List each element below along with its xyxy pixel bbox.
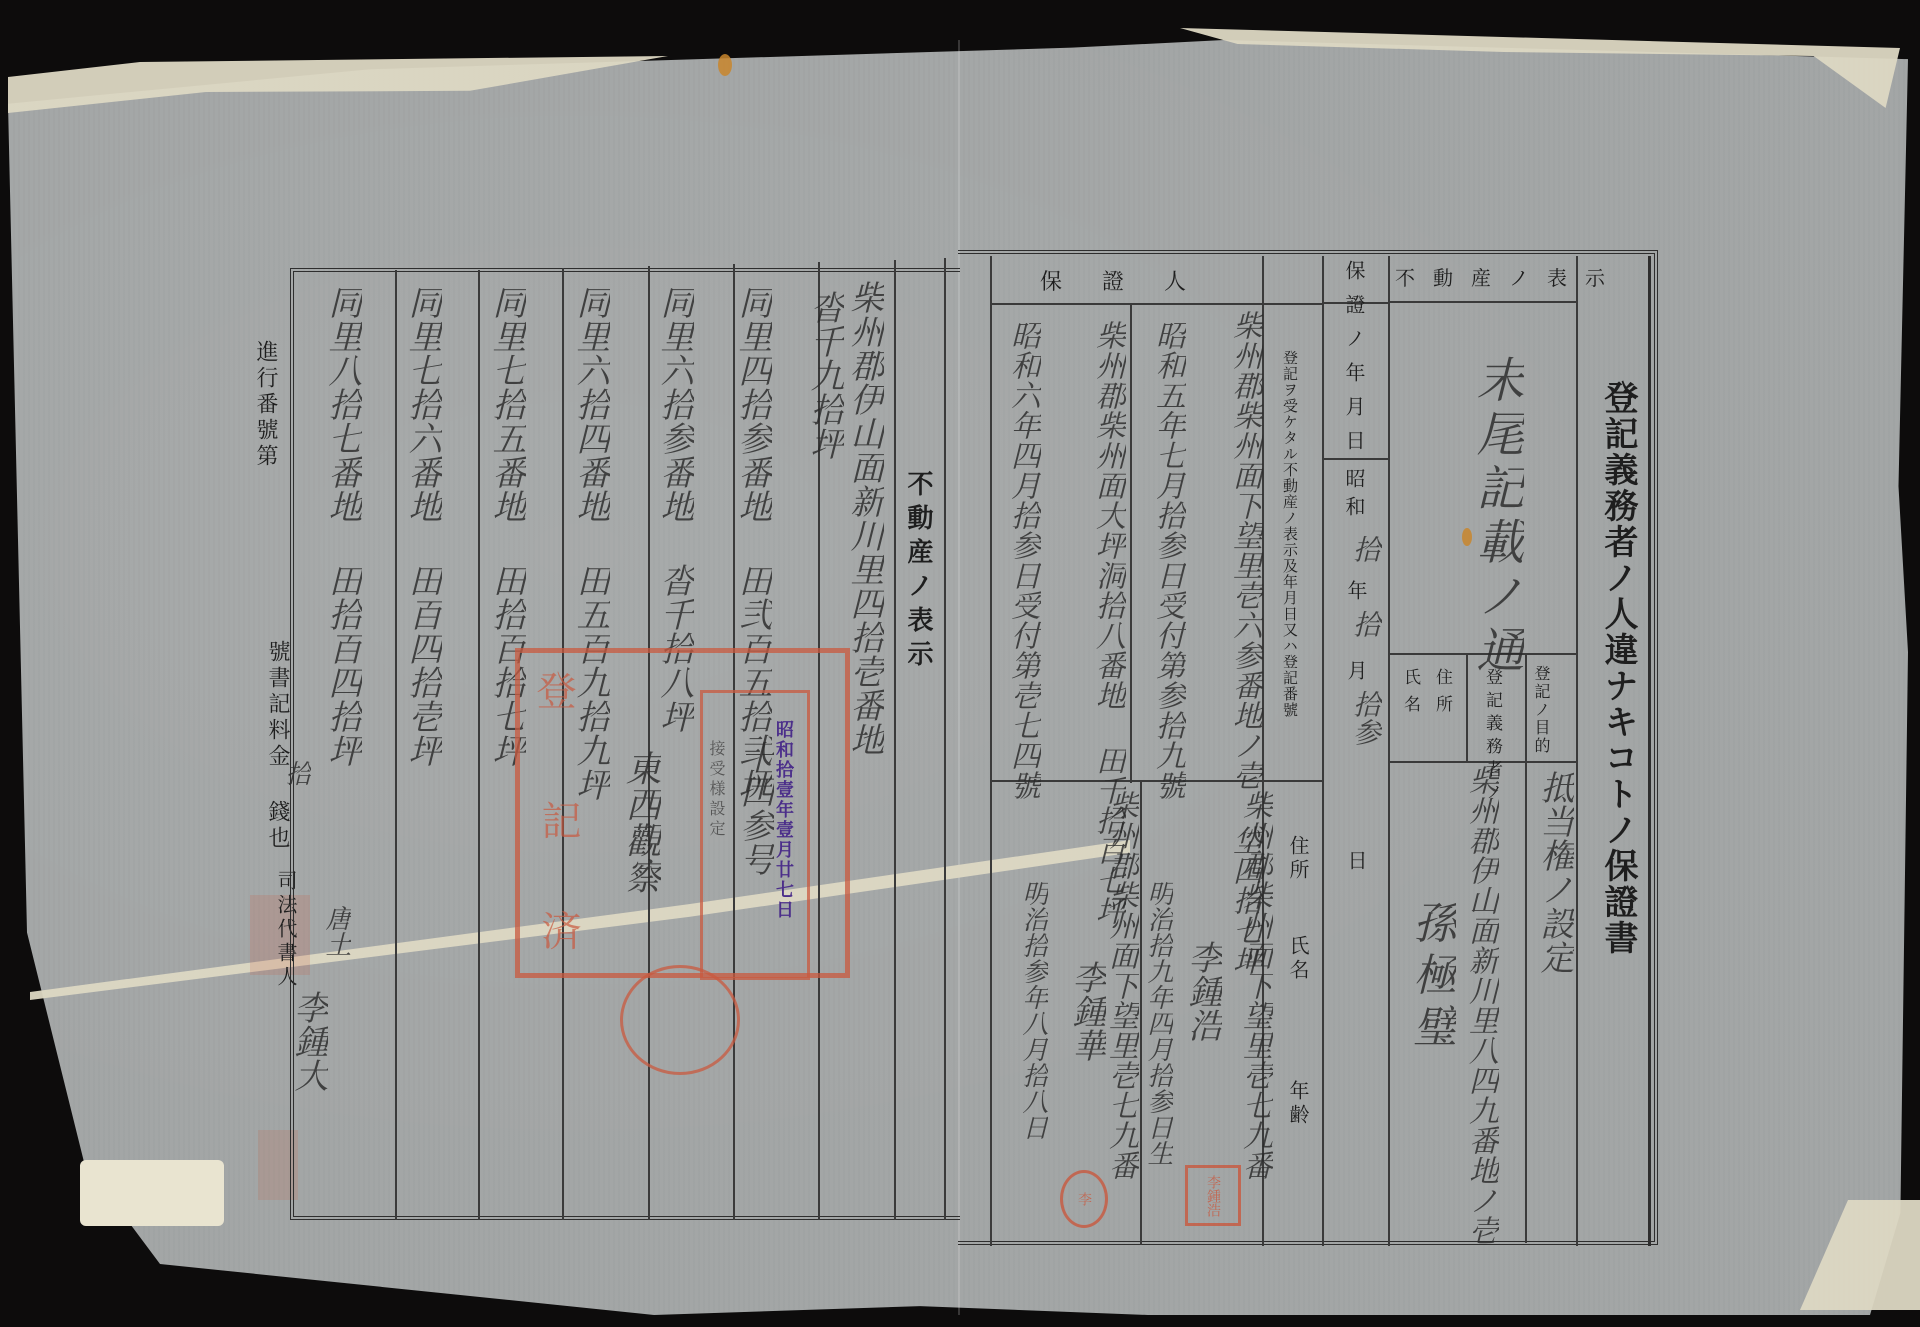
column-divider [1322, 256, 1324, 1246]
row-divider [990, 303, 1322, 305]
guarantor-2-name: 李鍾華 [1062, 960, 1111, 1062]
column-divider [1388, 256, 1390, 1246]
round-registry-seal [620, 965, 740, 1075]
column-divider [478, 270, 480, 1220]
obligor-name-value: 孫極璧 [1398, 900, 1462, 1056]
column-divider [944, 258, 946, 1220]
purpose-value: 抵当権ノ設定 [1530, 770, 1579, 974]
registry-stamp-char: 登 [525, 670, 582, 770]
fee-unit: 錢也 [262, 800, 293, 852]
serial-label: 進行番號第 [250, 340, 281, 470]
name-label: 氏名 [1284, 935, 1313, 983]
left-property-header: 不動産ノ表示 [900, 470, 937, 674]
era-label: 昭和 [1340, 468, 1369, 524]
guarantor-1-birth: 明治拾九年四月拾参日生 [1140, 880, 1177, 1166]
day-unit: 日 [1342, 850, 1371, 874]
date-month-value: 拾 [1345, 610, 1385, 638]
guarantor-1-seal: 李鍾浩 [1185, 1165, 1241, 1226]
frame-border [1648, 256, 1651, 1246]
month-unit: 月 [1342, 660, 1371, 684]
registration-info-label: 登記ヲ受ケタル不動産ノ表示及年月日又ハ登記番號 [1280, 350, 1301, 718]
year-unit: 年 [1342, 580, 1371, 604]
guarantor-1-address: 柴州郡柴州面下望里壱七九番 [1232, 790, 1276, 1180]
column-divider [1525, 653, 1527, 1243]
guarantor-header: 保證人 [1040, 265, 1226, 296]
guarantor-2-birth: 明治拾参年八月拾八日 [1015, 880, 1052, 1140]
left-property-entry: 沓千九拾坪 [800, 290, 849, 460]
left-property-entry: 同里八拾七番地 田拾百四拾坪 [318, 285, 367, 767]
fee-label: 號書記料金 [262, 640, 293, 770]
obligor-name-label: 氏名 [1398, 668, 1423, 722]
left-property-entry: 同里七拾六番地 田百四拾壱坪 [398, 285, 447, 767]
guarantor-2-seal: 李 [1060, 1170, 1108, 1228]
column-divider [894, 260, 896, 1220]
blank-paper-label [80, 1160, 224, 1226]
obligor-address-label: 住所 [1430, 668, 1455, 722]
column-divider [1576, 256, 1578, 1246]
obligor-address-value: 柴州郡伊山面新川里八四九番地ノ壱 [1458, 765, 1502, 1245]
guarantor-1-name: 李鍾浩 [1178, 940, 1227, 1042]
row-divider [1388, 301, 1576, 303]
guarantee-date-label: 保證ノ年月日 [1340, 260, 1369, 464]
property-entry-see-below: 末尾記載ノ通 [1462, 355, 1531, 679]
guarantor-1-registration: 昭和五年七月拾参日受付第参拾九號 [1145, 320, 1189, 800]
column-divider [1130, 303, 1132, 783]
official-signature: 東西觀察 [615, 750, 666, 894]
receipt-number: 十四参号 [730, 740, 779, 876]
address-label: 住所 [1284, 835, 1313, 883]
date-year-value: 拾 [1345, 535, 1385, 563]
age-label: 年齢 [1284, 1080, 1313, 1128]
document-title: 登記義務者ノ人違ナキコトノ保證書 [1594, 380, 1643, 956]
registry-stamp-char: 記 [530, 800, 587, 844]
column-divider [395, 270, 397, 1220]
property-display-header: 不動産ノ表示 [1395, 262, 1623, 291]
registry-stamp-char: 済 [530, 910, 587, 954]
date-day-value: 拾参 [1345, 690, 1385, 746]
column-divider [990, 256, 992, 1246]
stain [718, 54, 732, 76]
purpose-label: 登記ノ目的 [1530, 665, 1553, 755]
receipt-text: 接受様設定 [705, 740, 728, 840]
guarantor-2-registration: 昭和六年四月拾参日受付第壱七四號 [1000, 320, 1044, 800]
